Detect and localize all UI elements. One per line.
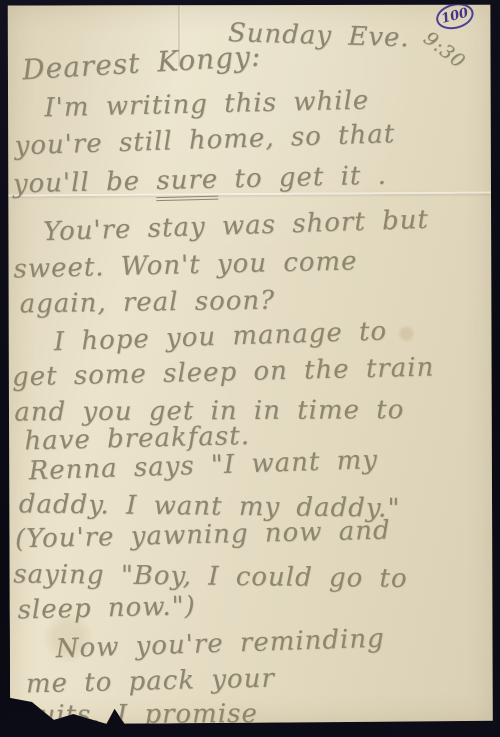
letter-line: again, real soon? <box>19 286 275 320</box>
sure-line-post: to get it . <box>218 161 387 195</box>
stamp-value: 100 <box>440 6 470 27</box>
letter-line: suits. I promise <box>24 699 258 730</box>
letter-line: (You're yawning now and <box>15 516 391 555</box>
letter-line: You're stay was short but <box>43 205 430 247</box>
scan-background: 100 Sunday Eve. 9:30 Dearest Kongy: I'm … <box>0 0 500 737</box>
circled-number-stamp: 100 <box>433 0 476 33</box>
letter-line: me to pack your <box>26 664 276 700</box>
letter-line: I'm writing this while <box>44 86 370 124</box>
letter-line: I hope you manage to <box>53 316 387 357</box>
letter-line: sweet. Won't you come <box>13 246 358 284</box>
dateline-time: 9:30 <box>419 27 469 73</box>
sure-line-pre: you'll be <box>13 166 157 199</box>
letter-line: get some sleep on the train <box>12 353 435 393</box>
letter-line: you're still home, so that <box>14 119 395 161</box>
underlined-word-sure: sure <box>156 165 219 201</box>
salutation: Dearest Kongy: <box>21 39 262 86</box>
letter-line: Now you're reminding <box>55 624 385 665</box>
letter-paper: 100 Sunday Eve. 9:30 Dearest Kongy: I'm … <box>6 3 496 725</box>
letter-line: sleep now.") <box>17 591 196 625</box>
letter-line: saying "Boy, I could go to <box>13 559 408 593</box>
